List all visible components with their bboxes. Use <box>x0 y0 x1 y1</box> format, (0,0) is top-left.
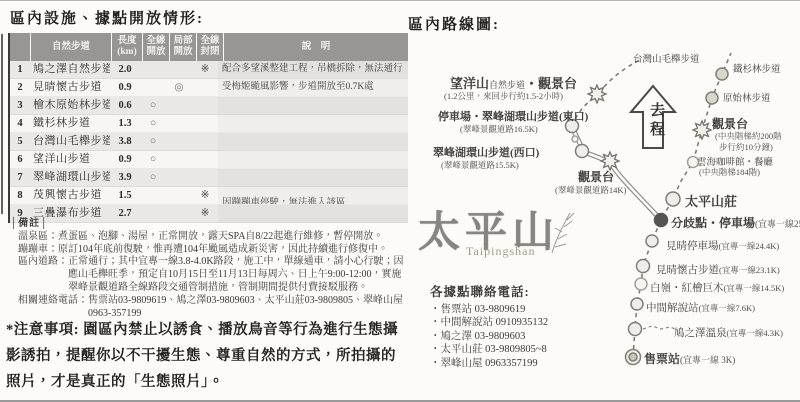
table-header-row: 自然步道 長度(km) 全線開放 局部開放 全線封閉 說 明 <box>10 33 408 61</box>
label-west-entrance-sub: (翠峰景觀道路15.5K) <box>441 159 519 171</box>
status-partial <box>166 169 192 186</box>
trail-note <box>218 133 408 150</box>
status-partial <box>166 97 192 114</box>
remark-hotspring: 溫泉區： 煮蛋區、泡腳、湯屋，正常開放，露天SPA自8/22起進行維修，暫停開放… <box>18 231 406 244</box>
map-node-east-parking <box>572 136 578 142</box>
status-partial <box>166 61 192 78</box>
label-jianqing-parking-main: 見晴停車場 <box>666 241 719 252</box>
label-midstation-sub: (宜專一線7.6K) <box>699 303 755 313</box>
map-node-midstation <box>631 298 643 310</box>
trail-name: 見晴懷古步道 <box>30 79 110 96</box>
table-row: 8 茂興懷古步道 1.5 ※ 因蹦蹦車停駛，無法進入該區 <box>10 187 408 205</box>
trail-note <box>218 151 408 168</box>
remark-text: 原訂104年底前復駛，惟再遭104年颱風造成新災害，因此持續進行修復中。 <box>58 244 406 257</box>
row-no: 1 <box>10 61 30 78</box>
trail-note <box>218 169 408 186</box>
label-hemlock-trail: 鐵杉林步道 <box>733 61 781 75</box>
table-row: 6 望洋山步道 0.9 ○ <box>10 151 408 169</box>
map-node-jianqing-trail <box>637 260 650 273</box>
status-open: ○ <box>140 133 166 150</box>
status-partial <box>166 151 192 168</box>
header-partial: 局部開放 <box>170 33 196 61</box>
viewpoint-star-icon <box>588 85 606 103</box>
label-lodge: 太平山莊 <box>685 191 737 210</box>
header-no <box>10 33 30 61</box>
row-no: 6 <box>10 151 30 168</box>
trail-note-text: 因蹦蹦車停駛，無法進入該區 <box>222 198 346 204</box>
trail-name: 鐵杉林步道 <box>30 115 110 132</box>
label-midstation: 中間解說站(宜專一線7.6K) <box>646 298 755 316</box>
label-jianqing-trail-sub: (宜專一線23.1K) <box>719 265 780 275</box>
status-partial <box>166 133 192 150</box>
trail-note: 配合多望溪整建工程，吊橋拆除，無法通行 <box>218 61 408 78</box>
status-partial <box>166 187 192 204</box>
label-bailing: 白嶺・紅檜巨木(宜專一線14.5K) <box>650 278 784 296</box>
label-jiuzhize-sub: (宜專一線4.3K) <box>727 328 783 338</box>
trail-note: 因蹦蹦車停駛，無法進入該區 <box>218 187 408 204</box>
trail-length: 1.5 <box>110 187 140 204</box>
row-no: 7 <box>10 169 30 186</box>
row-no: 5 <box>10 133 30 150</box>
contacts-block: 各據點聯絡電話: ・售票站 03-9809619 ・中間解說站 09109351… <box>430 282 548 370</box>
label-jianqing-trail-main: 見晴懷古步道 <box>656 265 719 276</box>
table-row: 3 檜木原始林步道 0.6 ○ <box>10 97 408 115</box>
label-jiuzhize: 鳩之澤溫泉(宜專一線4.3K) <box>674 323 783 341</box>
trail-length: 3.8 <box>110 133 140 150</box>
label-ticket: 售票站(宜專一線 3K) <box>644 350 735 368</box>
trail-name: 茂興懷古步道 <box>30 187 110 204</box>
trail-length: 0.9 <box>110 151 140 168</box>
label-viewpoint-stairs-sub2: 步行約10分鐘) <box>719 141 773 153</box>
facilities-panel: 區內設施、據點開放情形: 自然步道 長度(km) 全線開放 局部開放 全線封閉 … <box>0 1 408 402</box>
contacts-title: 各據點聯絡電話: <box>430 282 548 300</box>
table-row: 1 鳩之澤自然步道 2.0 ※ 配合多望溪整建工程，吊橋拆除，無法通行 <box>10 61 408 79</box>
label-fork: 分歧點・停車場(宜專一線25K) <box>671 214 800 232</box>
map-node-west-entrance <box>576 145 589 158</box>
map-node-jiuzhize <box>629 323 642 336</box>
label-jiuzhize-main: 鳩之澤溫泉 <box>674 328 727 339</box>
label-fork-main: 分歧點・停車場 <box>671 216 755 230</box>
viewpoint-star-icon <box>693 121 711 139</box>
status-open <box>140 79 166 96</box>
status-open <box>140 187 166 204</box>
row-no: 4 <box>10 115 30 132</box>
status-closed <box>192 169 218 186</box>
table-row: 5 台灣山毛櫸步道 3.8 ○ <box>10 133 408 151</box>
remarks-block: │備註│ 溫泉區： 煮蛋區、泡腳、湯屋，正常開放，露天SPA自8/22起進行維修… <box>10 218 406 320</box>
outbound-arrow-label: 去程 <box>646 102 667 140</box>
remark-text: 正常通行；其中宜專一線3.8-4.0K路段，施工中，單線通車，請小心行駛；因應山… <box>68 256 406 294</box>
ecology-warning: *注意事項:園區內禁止以誘食、播放鳥音等行為進行生態攝影誘拍，提醒你以不干擾生態… <box>6 317 404 395</box>
trail-status-table: 自然步道 長度(km) 全線開放 局部開放 全線封閉 說 明 1 鳩之澤自然步道… <box>8 33 408 223</box>
label-fork-sub: (宜專一線25K) <box>755 219 800 229</box>
hotspring-spur <box>643 326 678 330</box>
status-closed <box>192 97 218 114</box>
contact-item: ・翠峰山屋 0963357199 <box>430 357 548 370</box>
status-open: ○ <box>140 115 166 132</box>
header-open: 全線開放 <box>143 33 169 61</box>
route-map-panel: 區內路線圖: <box>400 1 800 402</box>
label-viewpoint-14k-sub: (翠峰景觀道路14K) <box>555 184 626 196</box>
scanned-notice-page: 區內設施、據點開放情形: 自然步道 長度(km) 全線開放 局部開放 全線封閉 … <box>0 0 800 402</box>
table-body: 1 鳩之澤自然步道 2.0 ※ 配合多望溪整建工程，吊橋拆除，無法通行 2 見晴… <box>10 61 408 223</box>
taipingshan-logo-romanized: Taipingshan <box>466 244 535 259</box>
label-east-entrance: 停車場・翠峰湖環山步道(東口) <box>438 108 588 124</box>
label-jianqing-trail: 見晴懷古步道(宜專一線23.1K) <box>656 260 780 278</box>
map-node-lodge <box>666 192 680 206</box>
status-closed <box>192 79 218 96</box>
contact-item: ・售票站 03-9809619 <box>430 303 548 316</box>
table-row: 7 翠峰湖環山步道 3.9 ○ <box>10 169 408 187</box>
label-ticket-sub: (宜專一線 3K) <box>680 355 735 365</box>
label-beech-trail: 台灣山毛櫸步道 <box>633 51 700 65</box>
header-trail: 自然步道 <box>31 33 111 61</box>
map-node-hemlock <box>716 68 728 80</box>
row-no: 3 <box>10 97 30 114</box>
label-wangyang-sub: (1.2公里，來回步行約1.5-2小時) <box>444 90 563 102</box>
status-open: ○ <box>140 97 166 114</box>
label-jianqing-parking: 見晴停車場(宜專一線24.4K) <box>666 236 779 254</box>
map-node-jianqing-parking <box>646 235 658 247</box>
remark-label: 蹦蹦車： <box>18 244 58 257</box>
map-node-primitive <box>706 92 718 104</box>
label-east-entrance-sub: (翠峰景觀道路16.5K) <box>460 123 538 135</box>
label-wangyang-viewpoint: ・觀景台 <box>525 76 577 91</box>
page-title: 區內設施、據點開放情形: <box>10 7 204 28</box>
trail-name: 台灣山毛櫸步道 <box>30 133 110 150</box>
warning-prefix: *注意事項: <box>6 322 79 338</box>
label-primitive-trail: 原始林步道 <box>723 90 771 104</box>
label-west-entrance: 翠峰湖環山步道(西口) <box>433 144 539 160</box>
contact-item: ・鳩之澤 03-9809603 <box>430 330 548 343</box>
contact-item: ・太平山莊 03-9809805~8 <box>430 343 548 356</box>
status-closed: ※ <box>192 61 218 78</box>
header-closed: 全線封閉 <box>197 33 223 61</box>
trail-note: 受梅姬颱風影響，步道開放至0.7K處 <box>218 79 408 96</box>
label-wangyang-small: 自然步道 <box>489 80 525 90</box>
trail-name: 翠峰湖環山步道 <box>30 169 110 186</box>
label-jianqing-parking-sub: (宜專一線24.4K) <box>719 241 780 251</box>
trail-length: 2.0 <box>110 61 140 78</box>
label-bailing-main: 白嶺・紅檜巨木 <box>650 283 724 294</box>
remark-label: 區內道路： <box>18 256 68 294</box>
remark-text: 煮蛋區、泡腳、湯屋，正常開放，露天SPA自8/22起進行維修，暫停開放。 <box>58 231 406 244</box>
trail-name: 望洋山步道 <box>30 151 110 168</box>
status-partial: ◎ <box>166 79 192 96</box>
header-note: 說 明 <box>224 33 408 61</box>
trail-length: 1.3 <box>110 115 140 132</box>
status-closed: ※ <box>192 187 218 204</box>
map-node-bailing <box>635 278 647 290</box>
trail-note <box>218 97 408 114</box>
label-midstation-main: 中間解說站 <box>646 303 699 314</box>
trail-name: 檜木原始林步道 <box>30 97 110 114</box>
remark-train: 蹦蹦車： 原訂104年底前復駛，惟再遭104年颱風造成新災害，因此持續進行修復中… <box>18 244 406 257</box>
trail-note <box>218 115 408 132</box>
status-closed <box>192 133 218 150</box>
label-cafe-sub: (中央階梯184階) <box>699 166 760 178</box>
remarks-label: │備註│ <box>10 218 406 231</box>
trail-length: 0.9 <box>110 79 140 96</box>
trail-name: 鳩之澤自然步道 <box>30 61 110 78</box>
label-viewpoint-14k: 觀景台 <box>578 168 614 185</box>
status-open: ○ <box>140 151 166 168</box>
status-open: ○ <box>140 169 166 186</box>
status-partial <box>166 115 192 132</box>
status-open <box>140 61 166 78</box>
status-closed <box>192 151 218 168</box>
row-no: 2 <box>10 79 30 96</box>
status-closed <box>192 115 218 132</box>
row-no: 8 <box>10 187 30 204</box>
remark-label: 溫泉區： <box>18 231 58 244</box>
label-bailing-sub: (宜專一線14.5K) <box>724 283 785 293</box>
trail-length: 0.6 <box>110 97 140 114</box>
label-wangyang-main: 望洋山 <box>450 76 489 91</box>
map-node-fork <box>655 214 668 227</box>
label-ticket-main: 售票站 <box>644 352 680 366</box>
table-row: 2 見晴懷古步道 0.9 ◎ 受梅姬颱風影響，步道開放至0.7K處 <box>10 79 408 97</box>
map-node-ticket-inner <box>629 353 637 361</box>
remark-roads: 區內道路： 正常通行；其中宜專一線3.8-4.0K路段，施工中，單線通車，請小心… <box>18 256 406 294</box>
header-length: 長度(km) <box>112 33 142 61</box>
trail-length: 3.9 <box>110 169 140 186</box>
table-row: 4 鐵杉林步道 1.3 ○ <box>10 115 408 133</box>
contact-item: ・中間解說站 0910935132 <box>430 316 548 329</box>
